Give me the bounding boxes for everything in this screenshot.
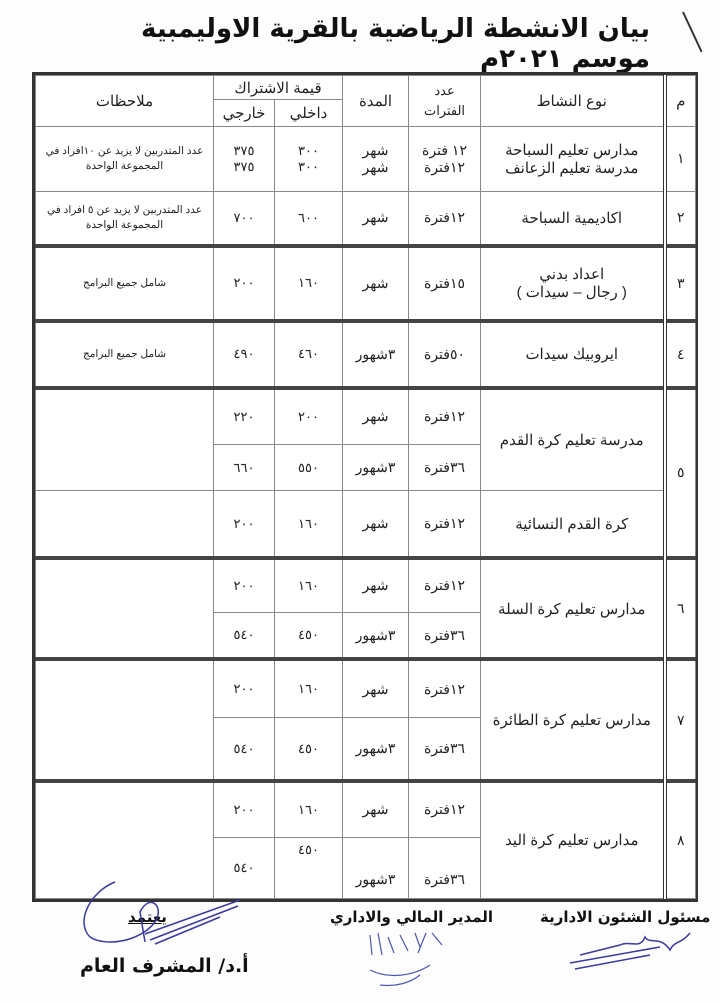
duration-cell: شهر: [343, 659, 409, 718]
row-num: ٣: [665, 246, 696, 321]
fee-external-cell: ٥٤٠: [214, 718, 275, 781]
fee-internal-cell: ٤٥٠: [275, 838, 343, 899]
table-row: ٧ مدارس تعليم كرة الطائرة ١٢فترة شهر ١٦٠…: [36, 659, 696, 718]
duration-cell: شهر: [343, 246, 409, 321]
row-num: ٤: [665, 321, 696, 388]
sessions-cell: ٣٦فترة: [409, 718, 481, 781]
activity-cell: اعداد بدني( رجال – سيدات ): [481, 246, 665, 321]
fee-external-cell: ٢٠٠: [214, 558, 275, 613]
table-row: ٨ مدارس تعليم كرة اليد ١٢فترة شهر ١٦٠ ٢٠…: [36, 781, 696, 838]
fee-internal-cell: ٦٠٠: [275, 191, 343, 246]
activity-cell: مدارس تعليم كرة السلة: [481, 558, 665, 659]
duration-cell: شهر: [343, 388, 409, 445]
header-duration: المدة: [343, 76, 409, 127]
notes-cell: [36, 558, 214, 659]
activity-cell: مدارس تعليم كرة اليد: [481, 781, 665, 899]
row-num: ٨: [665, 781, 696, 899]
activity-cell: مدارس تعليم السباحة مدرسة تعليم الزعانف: [481, 126, 665, 191]
fee-internal-cell: ١٦٠: [275, 491, 343, 558]
table-row: ٤ ايروبيك سيدات ٥٠فترة ٣شهور ٤٦٠ ٤٩٠ شام…: [36, 321, 696, 388]
activities-table: م نوع النشاط عدد الفترات المدة قيمة الاش…: [35, 75, 696, 899]
header-fee-group: قيمة الاشتراك: [214, 76, 343, 100]
duration-cell: ٣شهور: [343, 444, 409, 491]
fee-internal-cell: ٤٦٠: [275, 321, 343, 388]
sessions-cell: ١٢فترة: [409, 388, 481, 445]
row-num: ١: [665, 126, 696, 191]
header-fee-internal: داخلي: [275, 100, 343, 126]
fee-internal-cell: ٤٥٠: [275, 613, 343, 660]
decorative-slash-mark: [682, 12, 702, 53]
header-notes: ملاحظات: [36, 76, 214, 127]
fee-internal-cell: ١٦٠: [275, 659, 343, 718]
sessions-cell: ١٢فترة: [409, 191, 481, 246]
header-num: م: [665, 76, 696, 127]
sessions-cell: ١٥فترة: [409, 246, 481, 321]
notes-cell: [36, 491, 214, 558]
fee-external-cell: ٢٢٠: [214, 388, 275, 445]
sessions-cell: ١٢فترة: [409, 659, 481, 718]
activity-cell: مدرسة تعليم كرة القدم: [481, 388, 665, 491]
duration-cell: ٣شهور: [343, 321, 409, 388]
fee-internal-cell: ٢٠٠: [275, 388, 343, 445]
sessions-cell: ١٢فترة: [409, 491, 481, 558]
table-row: ٦ مدارس تعليم كرة السلة ١٢فترة شهر ١٦٠ ٢…: [36, 558, 696, 613]
duration-cell: شهر: [343, 558, 409, 613]
header-fee-external: خارجي: [214, 100, 275, 126]
sessions-cell: ١٢ فترة١٢فترة: [409, 126, 481, 191]
sessions-cell: ١٢فترة: [409, 781, 481, 838]
activity-cell: اكاديمية السباحة: [481, 191, 665, 246]
sessions-cell: ٥٠فترة: [409, 321, 481, 388]
notes-cell: [36, 659, 214, 781]
fee-external-cell: ٧٠٠: [214, 191, 275, 246]
duration-cell: شهرشهر: [343, 126, 409, 191]
duration-cell: شهر: [343, 781, 409, 838]
duration-cell: شهر: [343, 491, 409, 558]
fee-internal-cell: ٤٥٠: [275, 718, 343, 781]
notes-cell: عدد المتدربين لا يزيد عن ٥ افراد في المج…: [36, 191, 214, 246]
fee-external-cell: ٢٠٠: [214, 246, 275, 321]
table-row: ٥ مدرسة تعليم كرة القدم ١٢فترة شهر ٢٠٠ ٢…: [36, 388, 696, 445]
activity-cell: كرة القدم النسائية: [481, 491, 665, 558]
fee-external-cell: ٢٠٠: [214, 781, 275, 838]
sessions-cell: ٣٦فترة: [409, 444, 481, 491]
fee-internal-cell: ١٦٠: [275, 781, 343, 838]
signature-label-supervisor: أ.د/ المشرف العام: [80, 955, 249, 977]
row-num: ٦: [665, 558, 696, 659]
header-activity: نوع النشاط: [481, 76, 665, 127]
table-row: ١ مدارس تعليم السباحة مدرسة تعليم الزعان…: [36, 126, 696, 191]
duration-cell: شهر: [343, 191, 409, 246]
duration-cell: ٣شهور: [343, 613, 409, 660]
table-row: كرة القدم النسائية ١٢فترة شهر ١٦٠ ٢٠٠: [36, 491, 696, 558]
duration-cell: ٣شهور: [343, 718, 409, 781]
notes-cell: شامل جميع البرامج: [36, 321, 214, 388]
table-row: ٣ اعداد بدني( رجال – سيدات ) ١٥فترة شهر …: [36, 246, 696, 321]
signature-scribble-supervisor: [60, 872, 260, 952]
document-title: بيان الانشطة الرياضية بالقرية الاوليمبية…: [90, 14, 650, 74]
fee-external-cell: ٤٩٠: [214, 321, 275, 388]
signature-label-finance-director: المدير المالي والاداري: [330, 908, 493, 926]
fee-internal-cell: ١٦٠: [275, 558, 343, 613]
fee-external-cell: ٢٠٠: [214, 491, 275, 558]
table-row: ٢ اكاديمية السباحة ١٢فترة شهر ٦٠٠ ٧٠٠ عد…: [36, 191, 696, 246]
signature-label-admin-affairs: مسئول الشئون الادارية: [540, 908, 710, 926]
sessions-cell: ٣٦فترة: [409, 613, 481, 660]
duration-cell: ٣شهور: [343, 838, 409, 899]
row-num: ٢: [665, 191, 696, 246]
activities-table-frame: م نوع النشاط عدد الفترات المدة قيمة الاش…: [32, 72, 698, 902]
fee-external-cell: ٥٤٠: [214, 613, 275, 660]
activity-cell: ايروبيك سيدات: [481, 321, 665, 388]
row-num: ٧: [665, 659, 696, 781]
fee-internal-cell: ٣٠٠٣٠٠: [275, 126, 343, 191]
sessions-cell: ٣٦فترة: [409, 838, 481, 899]
sessions-cell: ١٢فترة: [409, 558, 481, 613]
row-num: ٥: [665, 388, 696, 558]
notes-cell: شامل جميع البرامج: [36, 246, 214, 321]
notes-cell: [36, 388, 214, 491]
fee-internal-cell: ٥٥٠: [275, 444, 343, 491]
signature-scribble-admin-affairs: [560, 925, 710, 975]
fee-external-cell: ٢٠٠: [214, 659, 275, 718]
header-sessions: عدد الفترات: [409, 76, 481, 127]
activity-cell: مدارس تعليم كرة الطائرة: [481, 659, 665, 781]
fee-external-cell: ٦٦٠: [214, 444, 275, 491]
fee-internal-cell: ١٦٠: [275, 246, 343, 321]
notes-cell: عدد المتدربين لا يزيد عن ١٠افراد في المج…: [36, 126, 214, 191]
signature-scribble-finance-director: [360, 925, 470, 995]
fee-external-cell: ٣٧٥٣٧٥: [214, 126, 275, 191]
